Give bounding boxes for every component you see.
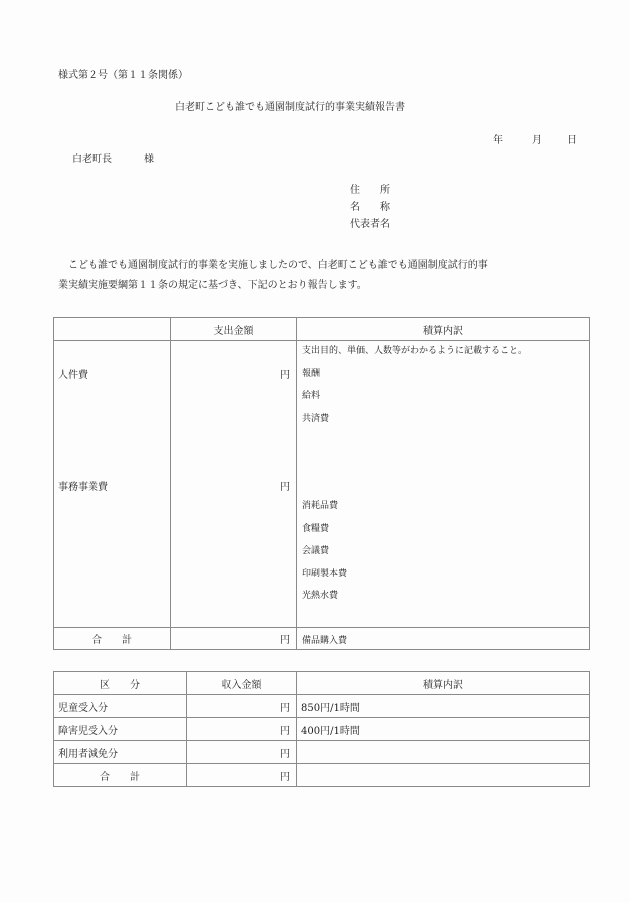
income-amount[interactable]: 円 <box>187 695 297 718</box>
form-number: 様式第２号（第１１条関係） <box>58 66 188 81</box>
expense-total-label: 合 計 <box>54 628 171 650</box>
income-detail[interactable]: 400円/1時間 <box>297 718 590 741</box>
body-text-line1: こども誰でも通園制度試行的事業を実施しましたので、白老町こども誰でも通園制度試行… <box>58 256 488 271</box>
income-category: 児童受入分 <box>54 695 187 718</box>
income-total-detail[interactable] <box>297 764 590 787</box>
expense-header-amount: 支出金額 <box>171 318 297 341</box>
expense-item: 共済費 <box>302 408 527 431</box>
income-amount[interactable]: 円 <box>187 741 297 764</box>
expense-category-office: 事務事業費 <box>58 478 108 493</box>
income-header-category: 区 分 <box>54 672 187 695</box>
date-day-label: 日 <box>567 131 577 146</box>
expense-amounts-cell[interactable]: 円 円 <box>171 341 297 628</box>
date-month-label: 月 <box>532 131 542 146</box>
income-row: 児童受入分 円 850円/1時間 <box>54 695 590 718</box>
income-row: 障害児受入分 円 400円/1時間 <box>54 718 590 741</box>
addressee-honorific: 様 <box>144 150 154 165</box>
income-category: 障害児受入分 <box>54 718 187 741</box>
representative-label: 代表者名 <box>350 215 390 230</box>
income-total-label: 合 計 <box>54 764 187 787</box>
expense-table: 支出金額 積算内訳 人件費 事務事業費 円 円 支出目的、単価、人数等がわかるよ… <box>53 317 590 650</box>
expense-amount-personnel-unit: 円 <box>280 366 290 381</box>
expense-amount-office-unit: 円 <box>280 478 290 493</box>
expense-total-amount[interactable]: 円 <box>171 628 297 650</box>
expense-header-category <box>54 318 171 341</box>
income-total-amount[interactable]: 円 <box>187 764 297 787</box>
expense-item: 光熱水費 <box>302 585 347 608</box>
income-header-row: 区 分 収入金額 積算内訳 <box>54 672 590 695</box>
expense-categories-cell: 人件費 事務事業費 <box>54 341 171 628</box>
income-category: 利用者減免分 <box>54 741 187 764</box>
address-label: 住 所 <box>350 181 390 196</box>
expense-category-personnel: 人件費 <box>58 366 88 381</box>
income-detail[interactable] <box>297 741 590 764</box>
expense-details-cell[interactable]: 支出目的、単価、人数等がわかるように記載すること。 報酬 給料 共済費 消耗品費… <box>297 341 590 628</box>
expense-body-row: 人件費 事務事業費 円 円 支出目的、単価、人数等がわかるように記載すること。 … <box>54 341 590 628</box>
expense-note: 支出目的、単価、人数等がわかるように記載すること。 <box>302 340 527 363</box>
name-label: 名 称 <box>350 198 390 213</box>
expense-item: 備品購入費 <box>302 630 347 653</box>
expense-item: 食糧費 <box>302 518 347 541</box>
document-title: 白老町こども誰でも通園制度試行的事業実績報告書 <box>175 98 405 113</box>
addressee-name: 白老町長 <box>72 150 112 165</box>
expense-header-detail: 積算内訳 <box>297 318 590 341</box>
income-row: 利用者減免分 円 <box>54 741 590 764</box>
expense-header-row: 支出金額 積算内訳 <box>54 318 590 341</box>
body-text-line2: 業実績実施要綱第１１条の規定に基づき、下記のとおり報告します。 <box>58 276 367 291</box>
income-table: 区 分 収入金額 積算内訳 児童受入分 円 850円/1時間 障害児受入分 円 … <box>53 671 590 787</box>
expense-item: 消耗品費 <box>302 495 347 518</box>
income-header-detail: 積算内訳 <box>297 672 590 695</box>
date-year-label: 年 <box>493 131 503 146</box>
expense-item: 給料 <box>302 385 527 408</box>
expense-item: 会議費 <box>302 540 347 563</box>
expense-item <box>302 608 347 631</box>
expense-item: 報酬 <box>302 363 527 386</box>
income-amount[interactable]: 円 <box>187 718 297 741</box>
income-header-amount: 収入金額 <box>187 672 297 695</box>
income-detail[interactable]: 850円/1時間 <box>297 695 590 718</box>
income-total-row: 合 計 円 <box>54 764 590 787</box>
expense-item: 印刷製本費 <box>302 563 347 586</box>
